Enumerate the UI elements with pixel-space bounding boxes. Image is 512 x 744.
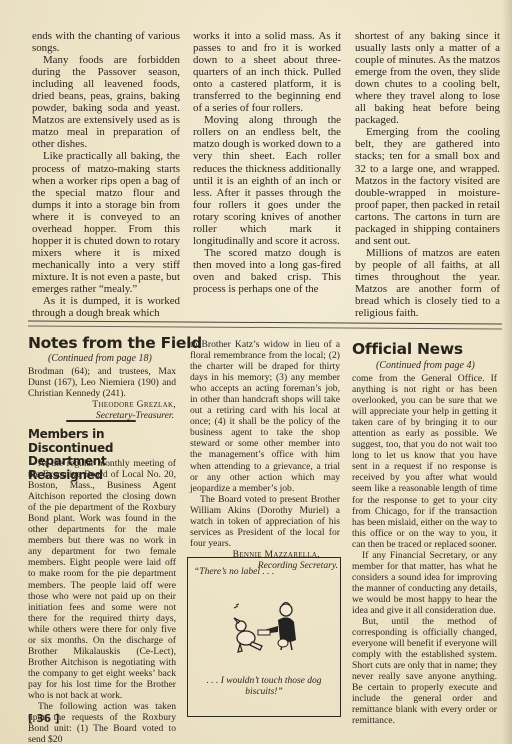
official-news-body: come from the General Office. If anythin…	[352, 373, 497, 727]
paragraph: works it into a solid mass. As it passes…	[193, 30, 341, 114]
cartoon-caption-top: “There’s no label . . .	[194, 567, 274, 577]
paragraph: ends with the chanting of various songs.	[32, 30, 180, 54]
members-article-continuation: to Brother Katz’s widow in lieu of a flo…	[190, 339, 340, 571]
paragraph: Millions of matzos are eaten by people o…	[355, 247, 500, 319]
notes-from-field-heading: Notes from the Field	[28, 334, 202, 352]
section-divider	[28, 321, 502, 330]
article-column-1: ends with the chanting of various songs.…	[32, 30, 180, 319]
paragraph: At the regular monthly meeting of the Ex…	[28, 458, 176, 701]
paragraph: Emerging from the cooling belt, they are…	[355, 126, 500, 246]
paragraph: shortest of any baking since it usually …	[355, 30, 500, 126]
paragraph: But, until the method of corresponding i…	[352, 616, 497, 726]
page-edge-shadow	[502, 0, 512, 744]
page-number: [ 36 ]	[28, 713, 60, 725]
notes-from-field-body: Brodman (64); and trustees, Max Dunst (1…	[28, 366, 176, 421]
paragraph: to Brother Katz’s widow in lieu of a flo…	[190, 339, 340, 494]
paragraph: come from the General Office. If anythin…	[352, 373, 497, 550]
short-divider	[66, 420, 136, 422]
paragraph: If any Financial Secretary, or any membe…	[352, 550, 497, 616]
paragraph: Brodman (64); and trustees, Max Dunst (1…	[28, 366, 176, 399]
article-column-2: works it into a solid mass. As it passes…	[193, 30, 341, 295]
paragraph: Many foods are forbidden during the Pass…	[32, 54, 180, 150]
cartoon-man-and-dog-icon	[228, 596, 308, 666]
signature-name: Theodore Grezlak,	[28, 399, 176, 410]
paragraph: Moving along through the rollers on an e…	[193, 114, 341, 247]
paragraph: Like practically all baking, the process…	[32, 150, 180, 295]
cartoon-caption-bottom: . . . I wouldn’t touch those dog biscuit…	[192, 676, 336, 698]
members-article-body: At the regular monthly meeting of the Ex…	[28, 458, 176, 744]
continued-note: (Continued from page 4)	[376, 360, 475, 371]
cartoon-box: “There’s no label . . . . . . I wouldn’t…	[187, 557, 341, 717]
official-news-heading: Official News	[352, 340, 463, 358]
paragraph: As it is dumped, it is worked through a …	[32, 295, 180, 319]
continued-note: (Continued from page 18)	[48, 353, 152, 364]
article-column-3: shortest of any baking since it usually …	[355, 30, 500, 319]
paragraph: The scored matzo dough is then moved int…	[193, 247, 341, 295]
paragraph: The Board voted to present Brother Willi…	[190, 494, 340, 549]
